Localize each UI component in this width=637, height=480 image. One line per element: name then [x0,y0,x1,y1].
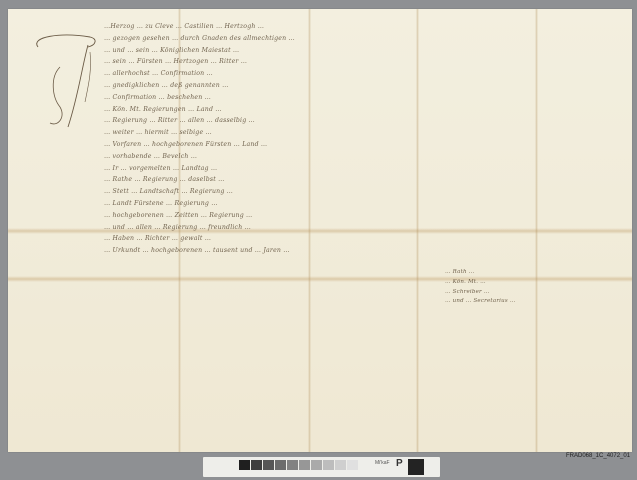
gray-swatch [323,460,334,470]
text-line: … Confirmation … beschehen … [104,92,596,103]
text-line: … hochgeborenen … Zeitten … Regierung … [104,210,596,221]
charter-body-text: …Herzog … zu Cleve … Castilien … Hertzog… [104,21,596,257]
parchment-document: …Herzog … zu Cleve … Castilien … Hertzog… [8,9,632,452]
text-line: … gnedigklichen … deß genannten … [104,80,596,91]
archive-filename: FRAD068_1C_4072_01 [566,453,630,459]
text-line: … sein … Fürsten … Hertzogen … Ritter … [104,56,596,67]
text-line: … Haben … Richter … gewalt … [104,233,596,244]
text-line: … Ir … vorgemelten … Landtag … [104,163,596,174]
gray-swatch [311,460,322,470]
text-line: … gezogen gesehen … durch Gnaden des all… [104,33,596,44]
text-line: … allerhochst … Confirmation … [104,68,596,79]
text-line: … Vorfaren … hochgeborenen Fürsten … Lan… [104,139,596,150]
gray-swatch [239,460,250,470]
text-line: … Regierung … Ritter … allen … dasselbig… [104,115,596,126]
card-label: Mi'kaF [375,460,390,466]
black-patch [408,459,424,475]
signature-block: … Rath … … Kön. Mt. … … Schreiber … … un… [445,268,515,307]
text-line: … Kön. Mt. Regierungen … Land … [104,104,596,115]
text-line: … vorhabende … Bevelch … [104,151,596,162]
fold-line-horizontal [8,276,632,282]
signature-line: … und … Secretarius … [445,297,515,306]
text-line: … Landt Fürstene … Regierung … [104,198,596,209]
text-line: …Herzog … zu Cleve … Castilien … Hertzog… [104,21,596,32]
gray-swatch [335,460,346,470]
text-line: … Urkundt … hochgeborenen … tausent und … [104,245,596,256]
card-logo: P [396,458,403,469]
gray-swatch [263,460,274,470]
text-line: … Stett … Landtschaft … Regierung … [104,186,596,197]
gray-swatch [251,460,262,470]
gray-swatch [299,460,310,470]
decorated-initial-icon [30,27,100,137]
text-line: … weiter … hiermit … selbige … [104,127,596,138]
text-line: … Rathe … Regierung … daselbst … [104,174,596,185]
signature-line: … Kön. Mt. … [445,278,515,287]
gray-swatch [287,460,298,470]
color-calibration-card: Mi'kaF P [203,457,440,477]
gray-swatch [347,460,358,470]
text-line: … und … sein … Königlichen Maiestat … [104,45,596,56]
text-line: … und … allen … Regierung … freundlich … [104,222,596,233]
gray-swatch [275,460,286,470]
signature-line: … Schreiber … [445,288,515,297]
signature-line: … Rath … [445,268,515,277]
